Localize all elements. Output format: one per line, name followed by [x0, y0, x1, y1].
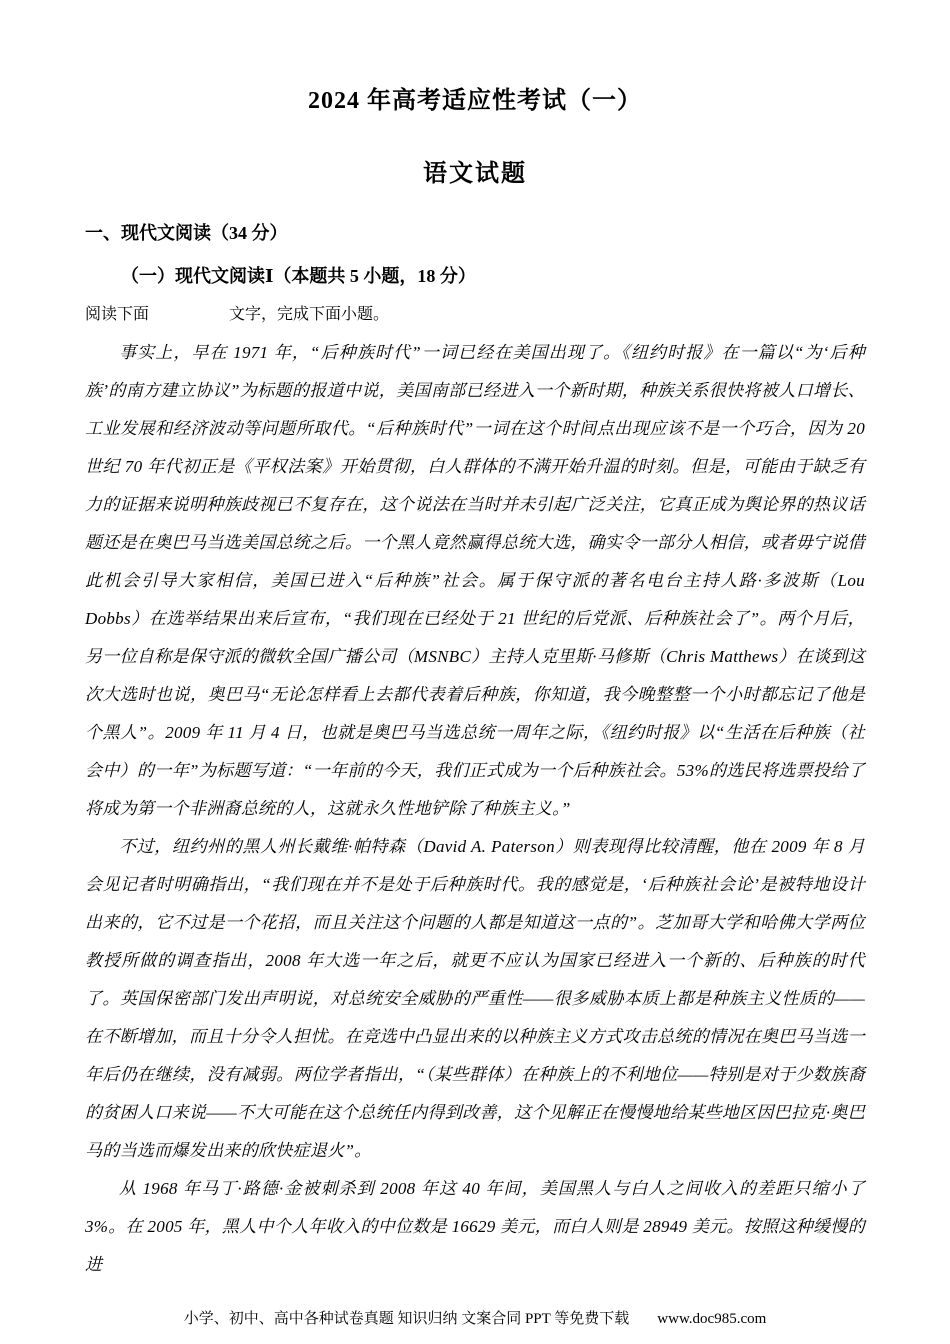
- passage-paragraph-1: 事实上，早在 1971 年，“后种族时代”一词已经在美国出现了。《纽约时报》在一…: [85, 334, 865, 828]
- reading-passage: 事实上，早在 1971 年，“后种族时代”一词已经在美国出现了。《纽约时报》在一…: [85, 334, 865, 1284]
- section-heading-modern-reading: 一、现代文阅读（34 分）: [85, 219, 865, 245]
- document-content: 2024 年高考适应性考试（一） 语文试题 一、现代文阅读（34 分） （一）现…: [0, 0, 950, 1284]
- footer-site-link[interactable]: www.doc985.com: [657, 1311, 766, 1327]
- page-title: 2024 年高考适应性考试（一）: [85, 86, 865, 116]
- subsection-heading-reading-one: （一）现代文阅读Ⅰ（本题共 5 小题，18 分）: [85, 262, 865, 288]
- document-subtitle: 语文试题: [85, 153, 865, 188]
- footer-promo-text: 小学、初中、高中各种试卷真题 知识归纳 文案合同 PPT 等免费下载: [184, 1311, 630, 1327]
- page-footer: 小学、初中、高中各种试卷真题 知识归纳 文案合同 PPT 等免费下载www.do…: [0, 1307, 950, 1328]
- passage-paragraph-3: 从 1968 年马丁·路德·金被刺杀到 2008 年这 40 年间，美国黑人与白…: [85, 1170, 865, 1284]
- exam-document-page: 2024 年高考适应性考试（一） 语文试题 一、现代文阅读（34 分） （一）现…: [0, 0, 950, 1344]
- passage-paragraph-2: 不过，纽约州的黑人州长戴维·帕特森（David A. Paterson）则表现得…: [85, 828, 865, 1170]
- reading-instruction: 阅读下面 文字，完成下面小题。: [85, 304, 865, 326]
